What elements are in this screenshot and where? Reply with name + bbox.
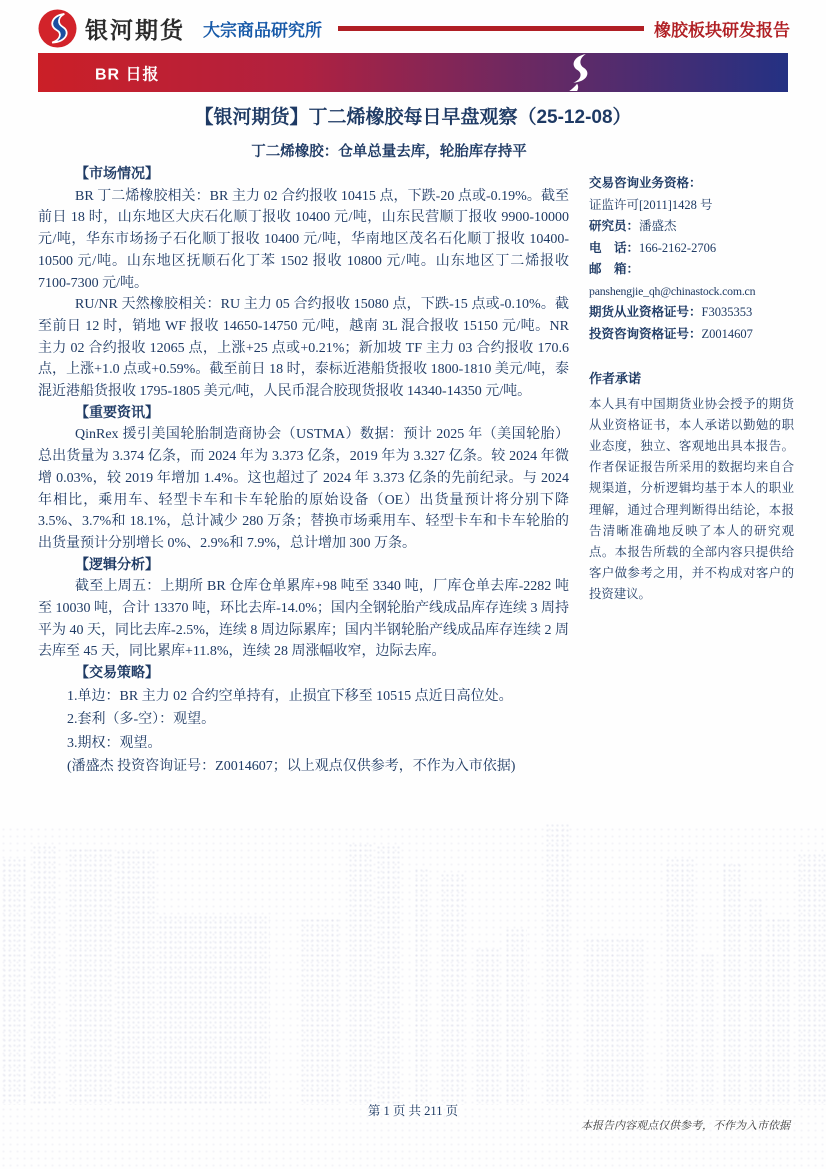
ghost-bar xyxy=(158,915,270,1105)
author-promise-text: 本人具有中国期货业协会授予的期货从业资格证书，本人承诺以勤勉的职业态度，独立、客… xyxy=(589,394,794,606)
ghost-bar xyxy=(700,953,716,1105)
report-title: 【银河期货】丁二烯橡胶每日早盘观察（25-12-08） xyxy=(38,102,788,129)
author-promise-title: 作者承诺 xyxy=(589,368,794,390)
paragraph-market-ru-nr: RU/NR 天然橡胶相关：RU 主力 05 合约报收 15080 点，下跌-15… xyxy=(38,294,569,403)
galaxy-futures-logo-icon xyxy=(38,9,77,48)
banner-label: BR 日报 xyxy=(95,61,160,84)
section-heading-strategy: 【交易策略】 xyxy=(38,663,569,685)
phone-label: 电 话： xyxy=(589,241,639,255)
ghost-bar xyxy=(475,948,501,1105)
ghost-bar xyxy=(2,858,28,1105)
paragraph-news: QinRex 援引美国轮胎制造商协会（USTMA）数据：预计 2025 年（美国… xyxy=(38,424,569,554)
ghost-bar xyxy=(766,918,792,1105)
phone-row: 电 话：166-2162-2706 xyxy=(589,238,794,260)
masthead: 银河期货 大宗商品研究所 橡胶板块研发报告 xyxy=(38,7,790,49)
ghost-bar xyxy=(414,868,428,1105)
ghost-bar xyxy=(376,845,402,1105)
futures-cert-label: 期货从业资格证号： xyxy=(589,305,702,319)
header-rule xyxy=(338,26,644,31)
ghost-bar xyxy=(348,843,372,1105)
ghost-bar xyxy=(545,823,571,1105)
ghost-bar xyxy=(585,938,645,1105)
report-tag: 橡胶板块研发报告 xyxy=(654,16,790,41)
report-body: 【市场情况】 BR 丁二烯橡胶相关：BR 主力 02 合约报收 10415 点，… xyxy=(38,164,569,779)
researcher-row: 研究员：潘盛杰 xyxy=(589,216,794,238)
futures-cert-row: 期货从业资格证号：F3035353 xyxy=(589,302,794,324)
ghost-bar xyxy=(68,848,112,1105)
institute-name: 大宗商品研究所 xyxy=(203,16,322,41)
strategy-line-signature: (潘盛杰 投资咨询证号：Z0014607；以上观点仅供参考，不作为入市依据) xyxy=(38,755,569,778)
footer-disclaimer: 本报告内容观点仅供参考，不作为入市依据 xyxy=(581,1117,790,1133)
ghost-bar xyxy=(300,918,340,1105)
section-heading-news: 【重要资讯】 xyxy=(38,403,569,425)
ghost-bar xyxy=(440,873,466,1105)
email-label: 邮 箱： xyxy=(589,259,794,281)
report-subtitle: 丁二烯橡胶：仓单总量去库，轮胎库存持平 xyxy=(14,140,764,161)
daily-banner: BR 日报 xyxy=(38,53,788,92)
report-sidebar: 交易咨询业务资格： 证监许可[2011]1428 号 研究员：潘盛杰 电 话：1… xyxy=(589,173,794,606)
paragraph-logic: 截至上周五：上期所 BR 仓库仓单累库+98 吨至 3340 吨，厂库仓单去库-… xyxy=(38,576,569,663)
advisory-cert-row: 投资咨询资格证号：Z0014607 xyxy=(589,324,794,346)
phone-value: 166-2162-2706 xyxy=(639,241,716,255)
qualification-value: 证监许可[2011]1428 号 xyxy=(589,195,794,217)
ghost-bar xyxy=(505,928,527,1105)
qualification-label: 交易咨询业务资格： xyxy=(589,173,794,195)
ghost-bar xyxy=(722,863,742,1105)
email-value[interactable]: panshengjie_qh@chinastock.com.cn xyxy=(589,281,794,303)
paragraph-market-br: BR 丁二烯橡胶相关：BR 主力 02 合约报收 10415 点，下跌-20 点… xyxy=(38,186,569,295)
advisory-cert-value: Z0014607 xyxy=(702,327,753,341)
section-heading-market: 【市场情况】 xyxy=(38,164,569,186)
ghost-bar xyxy=(797,853,826,1105)
banner-swirl-icon xyxy=(565,54,595,91)
researcher-name: 潘盛杰 xyxy=(639,219,677,233)
ghost-bar xyxy=(116,850,156,1105)
brand-name: 银河期货 xyxy=(85,12,185,45)
strategy-line-options: 3.期权：观望。 xyxy=(38,732,569,755)
section-heading-logic: 【逻辑分析】 xyxy=(38,555,569,577)
strategy-line-unilateral: 1.单边：BR 主力 02 合约空单持有，止损宜下移至 10515 点近日高位处… xyxy=(38,685,569,708)
ghost-bar xyxy=(748,898,762,1105)
report-page: 银河期货 大宗商品研究所 橡胶板块研发报告 BR 日报 【银河期货】丁二烯橡胶每… xyxy=(0,0,826,1169)
strategy-line-arbitrage: 2.套利（多-空）：观望。 xyxy=(38,708,569,731)
ghost-bar xyxy=(32,845,56,1105)
ghost-skyline xyxy=(0,830,826,1110)
ghost-bar xyxy=(665,858,695,1105)
researcher-label: 研究员： xyxy=(589,219,639,233)
advisory-cert-label: 投资咨询资格证号： xyxy=(589,327,702,341)
futures-cert-value: F3035353 xyxy=(702,305,753,319)
